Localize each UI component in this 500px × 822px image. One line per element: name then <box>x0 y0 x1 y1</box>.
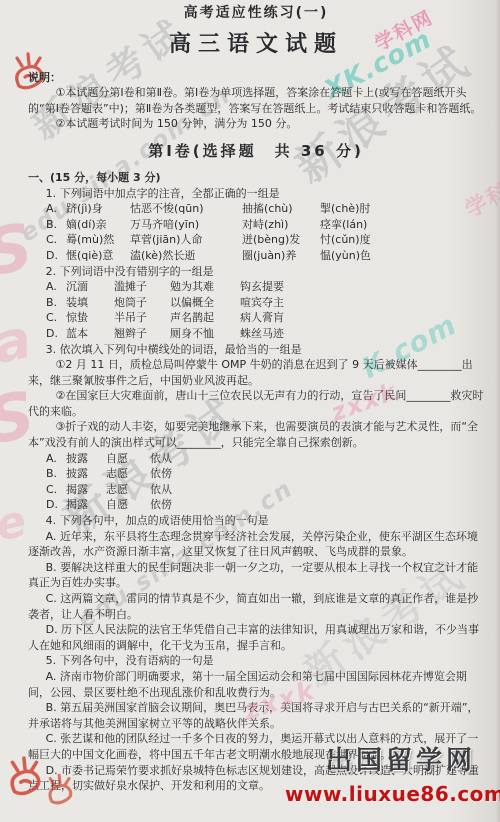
option-label: D. <box>46 248 66 264</box>
option-word: 半吊子 <box>114 310 170 326</box>
q1-option-row-d: D. 惬(qiè)意 溘(kè)然长逝 圈(juàn)养 愠(yùn)色 <box>46 248 484 264</box>
option-word: 万马齐喑(yīn) <box>130 217 242 233</box>
q1-option-row-a: A. 跻(jì)身 怙恶不悛(qūn) 抽搐(chù) 掣(chè)肘 <box>46 201 484 217</box>
option-word: 自愿 <box>106 497 150 513</box>
q3-option-row-a: A. 披露 自愿 依从 <box>46 451 484 467</box>
page-title: 高三语文试题 <box>28 30 484 60</box>
option-label: A. <box>46 279 66 295</box>
option-word: 喧宾夺主 <box>240 295 284 311</box>
q2-option-row-c: C. 惊蛰 半吊子 声名鹊起 病人膏肓 <box>46 310 484 326</box>
option-word: 钩玄提要 <box>240 279 284 295</box>
q4-option-c: C. 这两篇文章，雷同的情节真是不少，简直如出一辙，到底谁是文章的真正作者，谁是… <box>28 591 484 622</box>
option-label: D. <box>46 326 66 342</box>
option-word: 蓝本 <box>66 326 114 342</box>
option-word: 对峙(zhì) <box>242 217 320 233</box>
q5-option-b: B. 第五届美洲国家首脑会议期间，奥巴马表示，美国将寻求开启与古巴关系的“新开端… <box>28 700 484 731</box>
option-word: 惬(qiè)意 <box>66 248 130 264</box>
q4-option-a: A. 近年来，东平县将生态理念贯穿于经济社会发展，关停污染企业，使东平湖区生态环… <box>28 529 484 560</box>
q1-stem: 1. 下列词语中加点字的注音，全都正确的一组是 <box>28 186 484 202</box>
option-word: 抽搐(chù) <box>242 201 320 217</box>
option-word: 炮筒子 <box>114 295 170 311</box>
option-word: 迸(bèng)发 <box>242 232 320 248</box>
q1-option-row-c: C. 蓦(mù)然 草菅(jiān)人命 迸(bèng)发 忖(cǔn)度 <box>46 232 484 248</box>
option-word: 自愿 <box>106 451 150 467</box>
q3-sentence-2: ②在国家巨大灾难面前，唐山十三位农民以无声有力的行动，宣告了民间________… <box>28 388 484 419</box>
option-word: 揭露 <box>66 482 106 498</box>
option-word: 依从 <box>150 451 172 467</box>
q3-option-row-b: B. 披露 志愿 依傍 <box>46 466 484 482</box>
section-title: 第Ⅰ卷(选择题 共 36 分) <box>28 140 484 162</box>
q3-option-row-d: D. 揭露 自愿 依傍 <box>46 497 484 513</box>
option-word: 翘辫子 <box>114 326 170 342</box>
q3-stem: 3. 依次填入下列句中横线处的词语，最恰当的一组是 <box>28 342 484 358</box>
option-word: 声名鹊起 <box>170 310 240 326</box>
option-word: 勉为其难 <box>170 279 240 295</box>
option-word: 蓦(mù)然 <box>66 232 130 248</box>
q5-option-c: C. 张艺谋和他的团队经过一千多个日夜的努力，奥运开幕式以出人意料的方式，展开了… <box>28 731 484 762</box>
option-word: 草菅(jiān)人命 <box>130 232 242 248</box>
q2-stem: 2. 下列词语中没有错别字的一组是 <box>28 264 484 280</box>
option-label: C. <box>46 232 66 248</box>
scanned-exam-page: 新浪考试 新浪考试 新浪考试 新浪考试 edu.sina.com.cn edu.… <box>0 0 500 822</box>
notes-label: 说明： <box>28 70 484 86</box>
option-word: 沉湎 <box>66 279 114 295</box>
option-word: 嫡(dí)亲 <box>66 217 130 233</box>
note-2: ②本试题考试时间为 150 分钟，满分为 150 分。 <box>28 116 484 132</box>
q4-option-d: D. 历下区人民法院的法官王华凭借自己丰富的法律知识，用真诚理出万家和谐，不少当… <box>28 622 484 653</box>
option-word: 揭露 <box>66 497 106 513</box>
part-title: 一、(15 分，每小题 3 分) <box>28 170 484 186</box>
q5-stem: 5. 下列各句中，没有语病的一句是 <box>28 653 484 669</box>
option-word: 志愿 <box>106 482 150 498</box>
exam-content: 高考适应性练习(一) 高三语文试题 说明： ①本试题分第Ⅰ卷和第Ⅱ卷。第Ⅰ卷为单… <box>0 0 500 794</box>
q3-sentence-1: ①2 月 11 日，质检总局叫停蒙牛 OMP 牛奶的消息在迟到了 9 天后被媒体… <box>28 357 484 388</box>
option-word: 披露 <box>66 451 106 467</box>
option-word: 惊蛰 <box>66 310 114 326</box>
option-word: 痉挛(lán) <box>320 217 367 233</box>
option-word: 装填 <box>66 295 114 311</box>
q5-option-d: D. 市委书记焉荣竹要求抓好泉城特色标志区规划建设，高起点设计改造、大明湖扩建等… <box>28 763 484 794</box>
option-word: 忖(cǔn)度 <box>320 232 371 248</box>
q5-option-a: A. 济南市物价部门明确要求，第十一届全国运动会和第七届中国国际园林花卉博览会期… <box>28 669 484 700</box>
option-word: 蛛丝马迹 <box>240 326 284 342</box>
q3-sentence-3: ③折子戏的动人丰姿，如要完美地继承下来，也需要演员的表演才能与艺术灵性，而“全本… <box>28 419 484 450</box>
q4-stem: 4. 下列各句中，加点的成语使用恰当的一句是 <box>28 513 484 529</box>
option-word: 跻(jì)身 <box>66 201 130 217</box>
q2-option-row-d: D. 蓝本 翘辫子 厕身不恤 蛛丝马迹 <box>46 326 484 342</box>
q2-option-row-a: A. 沉湎 滥摊子 勉为其难 钩玄提要 <box>46 279 484 295</box>
option-label: A. <box>46 201 66 217</box>
q3-option-row-c: C. 揭露 志愿 依从 <box>46 482 484 498</box>
option-word: 溘(kè)然长逝 <box>130 248 242 264</box>
option-word: 依傍 <box>150 466 172 482</box>
q1-option-row-b: B. 嫡(dí)亲 万马齐喑(yīn) 对峙(zhì) 痉挛(lán) <box>46 217 484 233</box>
option-word: 滥摊子 <box>114 279 170 295</box>
option-word: 披露 <box>66 466 106 482</box>
option-word: 病人膏肓 <box>240 310 284 326</box>
practice-title: 高考适应性练习(一) <box>28 6 484 22</box>
option-word: 愠(yùn)色 <box>320 248 371 264</box>
option-word: 依从 <box>150 482 172 498</box>
option-label: C. <box>46 482 66 498</box>
option-word: 以偏概全 <box>170 295 240 311</box>
option-label: C. <box>46 310 66 326</box>
option-word: 厕身不恤 <box>170 326 240 342</box>
option-word: 掣(chè)肘 <box>320 201 370 217</box>
option-label: B. <box>46 466 66 482</box>
option-word: 怙恶不悛(qūn) <box>130 201 242 217</box>
option-word: 圈(juàn)养 <box>242 248 320 264</box>
option-label: B. <box>46 295 66 311</box>
note-1: ①本试题分第Ⅰ卷和第Ⅱ卷。第Ⅰ卷为单项选择题，答案涂在答题卡上(或写在答题纸开头… <box>28 85 484 116</box>
option-word: 依傍 <box>150 497 172 513</box>
option-label: B. <box>46 217 66 233</box>
q2-option-row-b: B. 装填 炮筒子 以偏概全 喧宾夺主 <box>46 295 484 311</box>
option-label: D. <box>46 497 66 513</box>
q4-option-b: B. 要解决这样重大的民生问题决非一朝一夕之功，一定要从根本上寻找一个权宜之计才… <box>28 560 484 591</box>
option-word: 志愿 <box>106 466 150 482</box>
option-label: A. <box>46 451 66 467</box>
